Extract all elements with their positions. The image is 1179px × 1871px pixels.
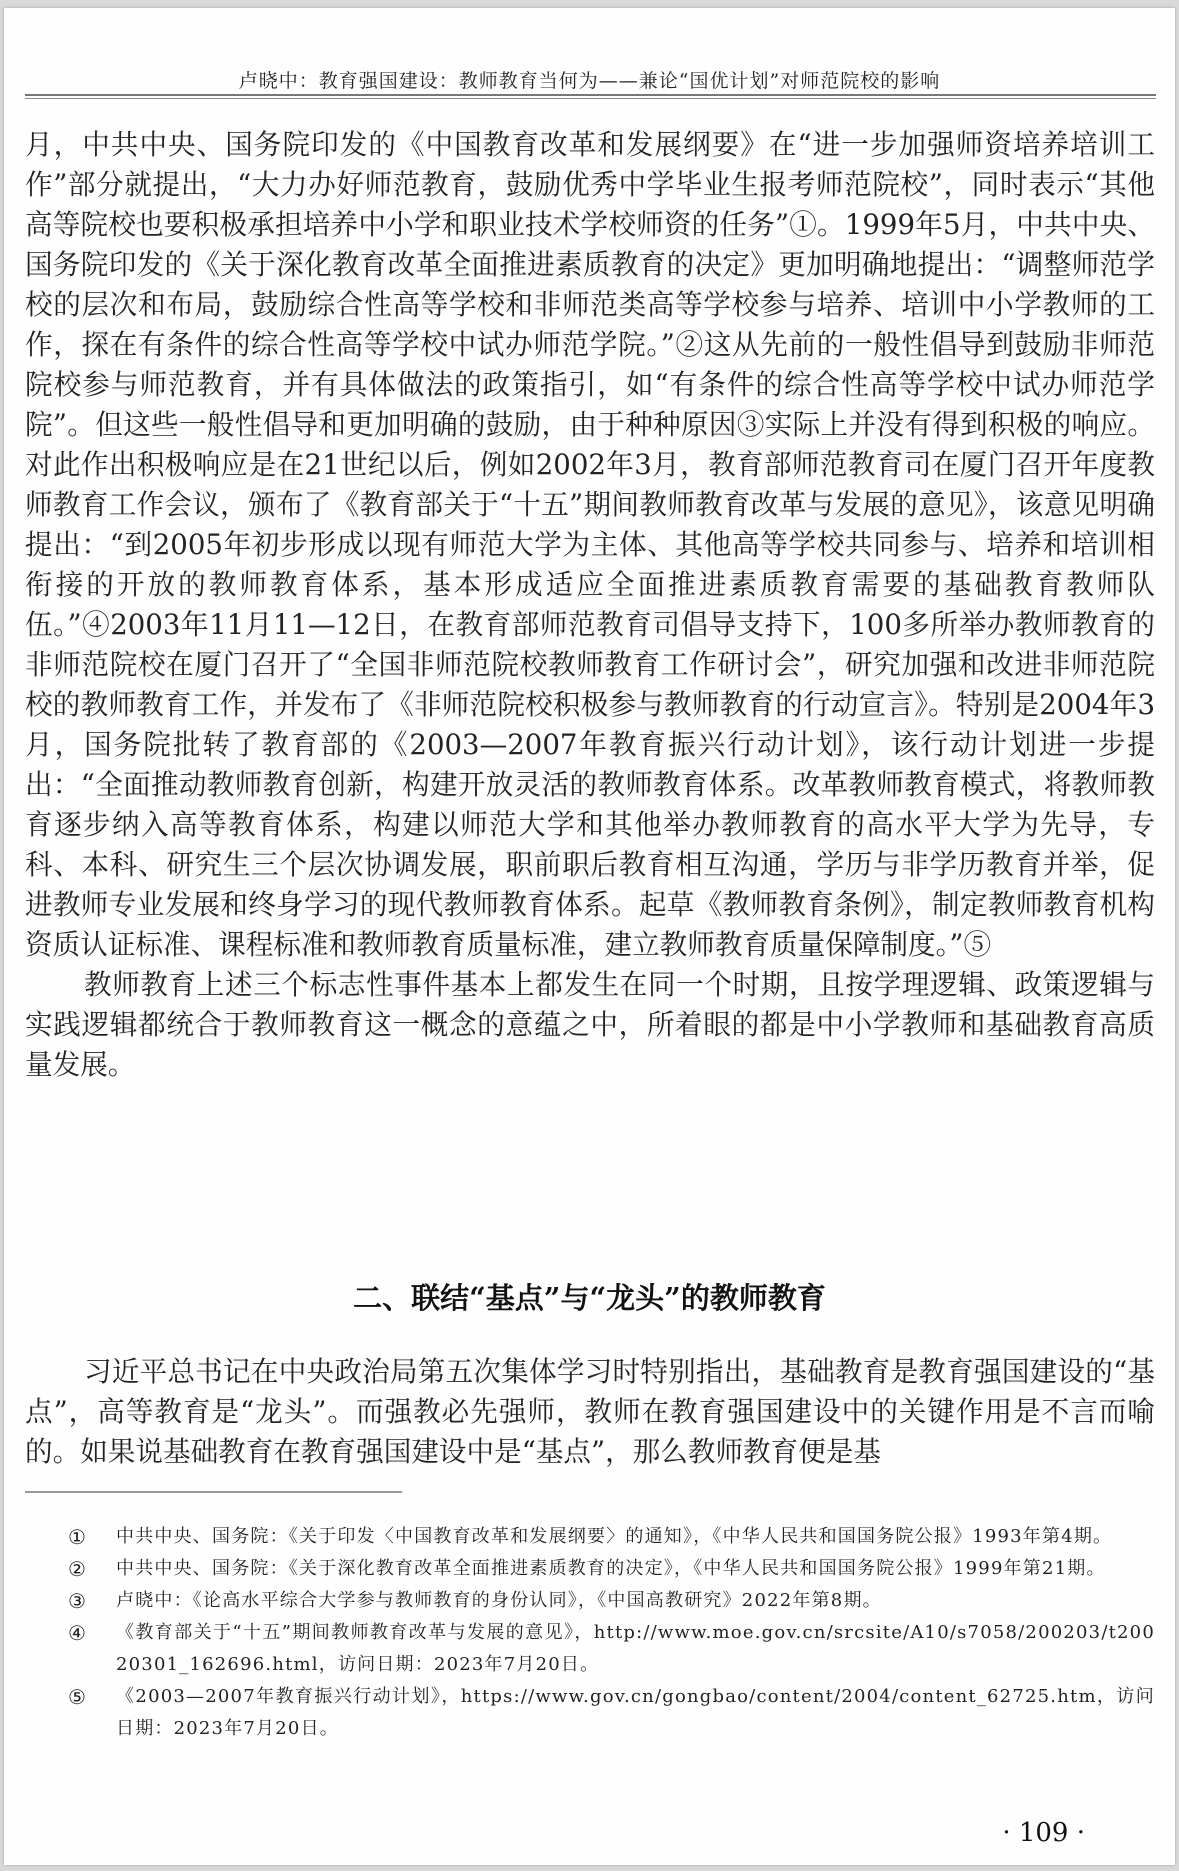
paragraph: 教师教育上述三个标志性事件基本上都发生在同一个时期，且按学理逻辑、政策逻辑与实践…: [25, 965, 1155, 1085]
page-number: · 109 ·: [1002, 1818, 1085, 1848]
footnote: ⑤ 《2003—2007年教育振兴行动计划》，https://www.gov.c…: [25, 1681, 1155, 1745]
journal-page: 卢晓中：教育强国建设：教师教育当何为——兼论“国优计划”对师范院校的影响 月，中…: [4, 8, 1175, 1865]
body-text-block: 月，中共中央、国务院印发的《中国教育改革和发展纲要》在“进一步加强师资培养培训工…: [25, 125, 1155, 1085]
footnote-text: 卢晓中：《论高水平综合大学参与教师教育的身份认同》，《中国高教研究》2022年第…: [116, 1585, 1155, 1617]
footnote-text: 中共中央、国务院：《关于深化教育改革全面推进素质教育的决定》，《中华人民共和国国…: [116, 1553, 1155, 1585]
footnote-marker: ④: [25, 1617, 116, 1681]
footnotes: ① 中共中央、国务院：《关于印发〈中国教育改革和发展纲要〉的通知》，《中华人民共…: [25, 1521, 1155, 1745]
footnote-marker: ⑤: [25, 1681, 116, 1745]
footnote: ① 中共中央、国务院：《关于印发〈中国教育改革和发展纲要〉的通知》，《中华人民共…: [25, 1521, 1155, 1553]
footnote: ② 中共中央、国务院：《关于深化教育改革全面推进素质教育的决定》，《中华人民共和…: [25, 1553, 1155, 1585]
footnote-separator: [25, 1491, 402, 1493]
footnote: ④ 《教育部关于“十五”期间教师教育改革与发展的意见》，http://www.m…: [25, 1617, 1155, 1681]
footnote-marker: ①: [25, 1521, 116, 1553]
footnote-marker: ③: [25, 1585, 116, 1617]
section-heading: 二、联结“基点”与“龙头”的教师教育: [4, 1276, 1175, 1320]
header-double-rule: [25, 94, 1156, 99]
section-body-text: 习近平总书记在中央政治局第五次集体学习时特别指出，基础教育是教育强国建设的“基点…: [25, 1352, 1155, 1472]
paragraph: 习近平总书记在中央政治局第五次集体学习时特别指出，基础教育是教育强国建设的“基点…: [25, 1352, 1155, 1472]
footnote-text: 《2003—2007年教育振兴行动计划》，https://www.gov.cn/…: [116, 1681, 1155, 1745]
paragraph: 月，中共中央、国务院印发的《中国教育改革和发展纲要》在“进一步加强师资培养培训工…: [25, 125, 1155, 965]
running-header: 卢晓中：教育强国建设：教师教育当何为——兼论“国优计划”对师范院校的影响: [4, 66, 1175, 93]
footnote: ③ 卢晓中：《论高水平综合大学参与教师教育的身份认同》，《中国高教研究》2022…: [25, 1585, 1155, 1617]
footnote-text: 中共中央、国务院：《关于印发〈中国教育改革和发展纲要〉的通知》，《中华人民共和国…: [116, 1521, 1155, 1553]
footnote-marker: ②: [25, 1553, 116, 1585]
footnote-text: 《教育部关于“十五”期间教师教育改革与发展的意见》，http://www.moe…: [116, 1617, 1155, 1681]
